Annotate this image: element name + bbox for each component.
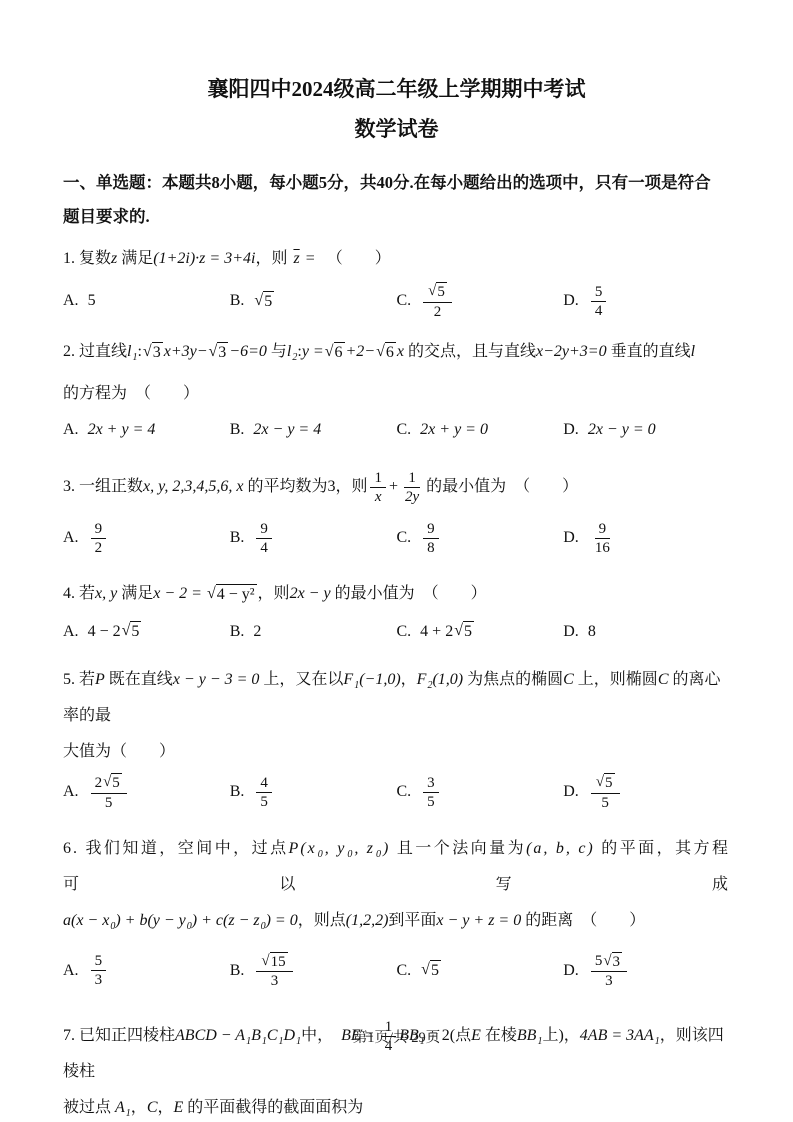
text-run: 的距离 （ ） xyxy=(521,912,645,929)
fraction: 12y xyxy=(401,469,423,506)
sqrt-radical: √5 xyxy=(428,282,447,302)
option-value: 2x + y = 0 xyxy=(420,421,488,439)
math-run: x xyxy=(397,343,404,360)
question-2-stem: 2. 过直线l1:√3x+3y−√3−6=0 与l2:y =√6+2−√6x 的… xyxy=(63,337,730,373)
text-run: 的最小值为 （ ） xyxy=(331,585,487,602)
option-label: D. xyxy=(563,421,579,439)
text-run: 满足 xyxy=(117,585,153,602)
math-run: x − 2 = xyxy=(153,585,206,602)
sqrt-radical: √5 xyxy=(254,291,274,312)
radical-sign: √ xyxy=(207,584,216,604)
subscript: 0 xyxy=(317,849,325,860)
math-run: 2y xyxy=(405,488,419,506)
numerator: 5 xyxy=(591,283,607,302)
math-run: 3 xyxy=(427,774,435,792)
question-4-options: A. 4 − 2√5 B. 2 C. 4 + 2√5 D. 8 xyxy=(63,617,730,647)
text-run: 既在直线 xyxy=(105,671,173,688)
denominator: 16 xyxy=(591,539,614,557)
text-run: 的交点，且与直线 xyxy=(404,343,536,360)
denominator: 4 xyxy=(256,539,272,557)
math-run: 3 xyxy=(271,972,279,990)
math-run: 2x + y = 0 xyxy=(420,421,488,439)
option-label: B. xyxy=(230,292,245,310)
question-6-options: A. 53 B. √153 C. √5 D. 5√33 xyxy=(63,952,730,991)
radical-sign: √ xyxy=(209,342,218,362)
option-label: B. xyxy=(230,529,245,547)
option-value: 4 + 2√5 xyxy=(420,621,475,642)
radical-sign: √ xyxy=(103,773,111,792)
fraction: 45 xyxy=(256,774,272,811)
sqrt-radical: √4 − y² xyxy=(207,584,257,605)
question-4-stem: 4. 若x, y 满足x − 2 = √4 − y²，则2x − y 的最小值为… xyxy=(63,579,730,609)
math-run: 9 xyxy=(599,520,607,538)
math-run: P xyxy=(95,671,105,688)
math-run: x − y − 3 = 0 xyxy=(173,671,260,688)
math-run: 2x − y = 0 xyxy=(588,421,656,439)
math-run: 4 + 2 xyxy=(420,623,453,641)
question-3-stem: 3. 一组正数x, y, 2,3,4,5,6, x 的平均数为3，则1x+12y… xyxy=(63,469,730,506)
denominator: 5 xyxy=(423,793,439,811)
text-run: ， xyxy=(131,1099,147,1116)
math-run: −6=0 xyxy=(229,343,267,360)
denominator: 4 xyxy=(591,302,607,320)
option-label: B. xyxy=(230,623,245,641)
text-run: 的平面截得的截面面积为 xyxy=(183,1099,363,1116)
option-value: √52 xyxy=(420,282,455,321)
option-b: B. 2x − y = 4 xyxy=(230,415,397,445)
option-value: 98 xyxy=(420,520,442,557)
math-run: A xyxy=(115,1099,125,1116)
math-run: (a, b, c) xyxy=(526,840,595,857)
math-run: 1 xyxy=(408,469,416,487)
fraction: 94 xyxy=(256,520,272,557)
option-label: A. xyxy=(63,421,79,439)
fraction: √52 xyxy=(423,282,452,321)
page-title: 襄阳四中2024级高二年级上学期期中考试 xyxy=(63,76,730,102)
math-run: ) + b(y − y xyxy=(115,912,185,929)
radical-sign: √ xyxy=(325,342,334,362)
numerator: 9 xyxy=(256,520,272,539)
option-d: D. 2x − y = 0 xyxy=(563,415,730,445)
denominator: 3 xyxy=(91,971,107,989)
radicand: 4 − y² xyxy=(216,584,257,605)
numerator: 9 xyxy=(91,520,107,539)
radicand: 6 xyxy=(334,342,345,363)
option-value: 8 xyxy=(588,623,596,641)
option-label: C. xyxy=(397,529,412,547)
math-run: 5 xyxy=(105,794,113,812)
option-value: √5 xyxy=(420,960,442,981)
denominator: 2y xyxy=(401,488,423,506)
option-label: A. xyxy=(63,529,79,547)
option-label: C. xyxy=(397,962,412,980)
text-run: 的平均数为3，则 xyxy=(243,478,367,495)
option-label: A. xyxy=(63,962,79,980)
math-run: 2 xyxy=(253,623,261,641)
math-run: + xyxy=(389,478,398,495)
question-1-options: A. 5 B. √5 C. √52 D. 54 xyxy=(63,282,730,321)
math-run: 5 xyxy=(95,952,103,970)
option-label: C. xyxy=(397,623,412,641)
option-value: 92 xyxy=(88,520,110,557)
exam-page: 襄阳四中2024级高二年级上学期期中考试 数学试卷 一、单选题：本题共8小题，每… xyxy=(0,0,793,1122)
question-5: 5. 若P 既在直线x − y − 3 = 0 上，又在以F1(−1,0)，F2… xyxy=(63,665,730,812)
numerator: √5 xyxy=(591,773,620,794)
denominator: x xyxy=(371,488,386,506)
option-b: B. 2 xyxy=(230,617,397,647)
fraction: 916 xyxy=(591,520,614,557)
fraction: 2√55 xyxy=(91,773,127,812)
text-run: ， xyxy=(157,1099,173,1116)
sqrt-radical: √5 xyxy=(122,621,142,642)
math-run: 5 xyxy=(88,292,96,310)
question-5-options: A. 2√55 B. 45 C. 35 D. √55 xyxy=(63,773,730,812)
sqrt-radical: √3 xyxy=(209,342,229,363)
question-6-stem: 6. 我们知道，空间中，过点P(x0, y0, z0) 且一个法向量为(a, b… xyxy=(63,834,730,900)
math-run: x, y, 2,3,4,5,6, x xyxy=(143,478,243,495)
text-run: 垂直的直线 xyxy=(607,343,691,360)
radical-sign: √ xyxy=(428,282,436,301)
radical-sign: √ xyxy=(261,952,269,971)
option-c: C. √52 xyxy=(397,282,564,321)
math-run: x−2y+3=0 xyxy=(536,343,607,360)
math-run: , y xyxy=(325,840,347,857)
fraction: √55 xyxy=(591,773,620,812)
sqrt-radical: √5 xyxy=(454,621,474,642)
math-run: +3y− xyxy=(171,343,208,360)
math-run: = xyxy=(302,250,319,267)
math-run: 8 xyxy=(427,539,435,557)
math-run: ) + c(z − z xyxy=(192,912,260,929)
radical-sign: √ xyxy=(454,621,463,641)
math-run: P xyxy=(289,840,301,857)
numerator: √5 xyxy=(423,282,452,303)
question-2: 2. 过直线l1:√3x+3y−√3−6=0 与l2:y =√6+2−√6x 的… xyxy=(63,337,730,445)
numerator: 1 xyxy=(370,469,386,488)
math-run: 2 xyxy=(95,539,103,557)
fraction: 54 xyxy=(591,283,607,320)
math-run: (1,0) xyxy=(432,671,463,688)
option-label: D. xyxy=(563,529,579,547)
option-c: C. 35 xyxy=(397,774,564,811)
section-header: 一、单选题：本题共8小题，每小题5分，共40分.在每小题给出的选项中，只有一项是… xyxy=(63,166,730,234)
numerator: 5√3 xyxy=(591,952,627,973)
math-run: x − y + z = 0 xyxy=(436,912,521,929)
math-run: F xyxy=(417,671,427,688)
math-run: l xyxy=(691,343,695,360)
denominator: 5 xyxy=(256,793,272,811)
sqrt-radical: √6 xyxy=(376,342,396,363)
numerator: 4 xyxy=(256,774,272,793)
math-run: 5 xyxy=(595,952,603,970)
option-label: D. xyxy=(563,783,579,801)
option-label: D. xyxy=(563,623,579,641)
math-run: 8 xyxy=(588,623,596,641)
option-label: A. xyxy=(63,292,79,310)
math-run: C xyxy=(563,671,574,688)
radical-sign: √ xyxy=(376,342,385,362)
denominator: 2 xyxy=(91,539,107,557)
denominator: 3 xyxy=(267,972,283,990)
option-label: B. xyxy=(230,783,245,801)
radical-sign: √ xyxy=(421,960,430,980)
numerator: 9 xyxy=(595,520,611,539)
radicand: 5 xyxy=(130,621,141,642)
option-label: C. xyxy=(397,783,412,801)
denominator: 2 xyxy=(430,303,446,321)
option-b: B. 94 xyxy=(230,520,397,557)
math-run: 5 xyxy=(260,793,268,811)
question-1-stem: 1. 复数z 满足(1+2i)·z = 3+4i，则 z = （ ） xyxy=(63,244,730,274)
math-run: (1,2,2) xyxy=(346,912,389,929)
math-run: 4 xyxy=(260,539,268,557)
math-run: : xyxy=(137,343,141,360)
option-c: C. 2x + y = 0 xyxy=(397,415,564,445)
option-value: 2x − y = 0 xyxy=(588,421,656,439)
math-run: 4 xyxy=(595,302,603,320)
numerator: 5 xyxy=(91,952,107,971)
math-run: 3 xyxy=(95,971,103,989)
option-d: D. 54 xyxy=(563,283,730,320)
sqrt-radical: √5 xyxy=(421,960,441,981)
math-run: (1+2i)·z = 3+4i xyxy=(153,250,255,267)
option-c: C. 98 xyxy=(397,520,564,557)
math-run: 9 xyxy=(427,520,435,538)
option-value: √153 xyxy=(253,952,295,991)
option-a: A. 2x + y = 4 xyxy=(63,415,230,445)
option-a: A. 92 xyxy=(63,520,230,557)
text-run: ，则点 xyxy=(298,912,346,929)
math-run: 1 xyxy=(374,469,382,487)
text-run: 大值为（ ） xyxy=(63,743,175,760)
sqrt-radical: √6 xyxy=(325,342,345,363)
option-d: D. 916 xyxy=(563,520,730,557)
math-run: a(x − x xyxy=(63,912,109,929)
sqrt-radical: √5 xyxy=(103,773,122,793)
radicand: 3 xyxy=(217,342,228,363)
overline-var: z xyxy=(291,250,301,267)
math-run: y = xyxy=(302,343,324,360)
radical-sign: √ xyxy=(254,291,263,311)
text-run: 被过点 xyxy=(63,1099,115,1116)
option-a: A. 2√55 xyxy=(63,773,230,812)
math-run: 2 xyxy=(434,303,442,321)
numerator: 3 xyxy=(423,774,439,793)
numerator: √15 xyxy=(256,952,292,973)
math-run: 4 − 2 xyxy=(88,623,121,641)
option-label: D. xyxy=(563,962,579,980)
option-b: B. 45 xyxy=(230,774,397,811)
denominator: 5 xyxy=(101,794,117,812)
math-run: x, y xyxy=(95,585,117,602)
text-run: 5. 若 xyxy=(63,671,95,688)
option-value: 94 xyxy=(253,520,275,557)
option-label: C. xyxy=(397,292,412,310)
math-run: 3 xyxy=(605,972,613,990)
option-c: C. 4 + 2√5 xyxy=(397,617,564,647)
text-run: 4. 若 xyxy=(63,585,95,602)
radical-sign: √ xyxy=(143,342,152,362)
question-5-stem: 5. 若P 既在直线x − y − 3 = 0 上，又在以F1(−1,0)，F2… xyxy=(63,665,730,731)
option-d: D. 8 xyxy=(563,617,730,647)
fraction: 35 xyxy=(423,774,439,811)
radicand: 5 xyxy=(463,621,474,642)
text-run: ， xyxy=(401,671,417,688)
option-value: 35 xyxy=(420,774,442,811)
math-run: 2x − y xyxy=(290,585,331,602)
question-5-stem-line-2: 大值为（ ） xyxy=(63,739,730,765)
option-d: D. 5√33 xyxy=(563,952,730,991)
option-a: A. 5 xyxy=(63,286,230,316)
option-value: 2x − y = 4 xyxy=(253,421,321,439)
radicand: 6 xyxy=(385,342,396,363)
math-run: 5 xyxy=(427,793,435,811)
denominator: 5 xyxy=(597,794,613,812)
question-7-stem-line-2: 被过点 A1，C，E 的平面截得的截面面积为 xyxy=(63,1095,730,1122)
question-1: 1. 复数z 满足(1+2i)·z = 3+4i，则 z = （ ） A. 5 … xyxy=(63,244,730,321)
question-3: 3. 一组正数x, y, 2,3,4,5,6, x 的平均数为3，则1x+12y… xyxy=(63,469,730,557)
sqrt-radical: √3 xyxy=(603,952,622,972)
text-run: 1. 复数 xyxy=(63,250,111,267)
radicand: 5 xyxy=(436,282,447,302)
option-label: A. xyxy=(63,783,79,801)
section-line-2: 题目要求的. xyxy=(63,200,730,234)
page-number: 第1页/共 29页 xyxy=(0,1026,793,1047)
math-run: 16 xyxy=(595,539,610,557)
text-run: 满足 xyxy=(117,250,153,267)
denominator: 8 xyxy=(423,539,439,557)
sqrt-radical: √5 xyxy=(596,773,615,793)
math-run: 2x + y = 4 xyxy=(88,421,156,439)
text-run: 的方程为 （ ） xyxy=(63,385,199,402)
math-run: C xyxy=(658,671,669,688)
text-run: 且一个法向量为 xyxy=(390,840,526,857)
option-value: 53 xyxy=(88,952,110,989)
radicand: 5 xyxy=(111,773,122,793)
radicand: 5 xyxy=(430,960,441,981)
option-label: C. xyxy=(397,421,412,439)
option-value: 4 − 2√5 xyxy=(88,621,143,642)
math-run: , z xyxy=(354,840,375,857)
fraction: 53 xyxy=(91,952,107,989)
fraction: 1x xyxy=(370,469,386,506)
option-value: 2 xyxy=(253,623,261,641)
radicand: 5 xyxy=(604,773,615,793)
subscript: 0 xyxy=(375,849,383,860)
question-4: 4. 若x, y 满足x − 2 = √4 − y²，则2x − y 的最小值为… xyxy=(63,579,730,647)
radical-sign: √ xyxy=(603,952,611,971)
text-run: 上，又在以 xyxy=(259,671,343,688)
question-6: 6. 我们知道，空间中，过点P(x0, y0, z0) 且一个法向量为(a, b… xyxy=(63,834,730,991)
text-run: （ ） xyxy=(319,250,391,267)
math-run: 9 xyxy=(260,520,268,538)
option-value: 5√33 xyxy=(588,952,630,991)
option-c: C. √5 xyxy=(397,956,564,986)
option-value: 2√55 xyxy=(88,773,130,812)
math-run: (x xyxy=(300,840,316,857)
fraction: 98 xyxy=(423,520,439,557)
text-run: 与 xyxy=(267,343,287,360)
option-a: A. 53 xyxy=(63,952,230,989)
option-label: D. xyxy=(563,292,579,310)
question-3-options: A. 92 B. 94 C. 98 D. 916 xyxy=(63,520,730,557)
math-run: F xyxy=(343,671,353,688)
radicand: 3 xyxy=(152,342,163,363)
radical-sign: √ xyxy=(596,773,604,792)
numerator: 2√5 xyxy=(91,773,127,794)
option-a: A. 4 − 2√5 xyxy=(63,617,230,647)
text-run: 3. 一组正数 xyxy=(63,478,143,495)
numerator: 1 xyxy=(404,469,420,488)
option-value: √5 xyxy=(253,291,275,312)
option-value: 916 xyxy=(588,520,617,557)
option-value: 5 xyxy=(88,292,96,310)
option-label: B. xyxy=(230,962,245,980)
radicand: 5 xyxy=(263,291,274,312)
text-run: 的最小值为 （ ） xyxy=(426,478,578,495)
option-label: A. xyxy=(63,623,79,641)
option-value: √55 xyxy=(588,773,623,812)
radical-sign: √ xyxy=(122,621,131,641)
fraction: 92 xyxy=(91,520,107,557)
question-2-options: A. 2x + y = 4 B. 2x − y = 4 C. 2x + y = … xyxy=(63,415,730,445)
math-run: (−1,0) xyxy=(359,671,400,688)
text-run: 上，则椭圆 xyxy=(574,671,658,688)
text-run: 到平面 xyxy=(388,912,436,929)
radicand: 3 xyxy=(612,952,623,972)
math-run: x xyxy=(164,343,171,360)
math-run: 5 xyxy=(601,794,609,812)
math-run: 5 xyxy=(595,283,603,301)
text-run: ，则 xyxy=(258,585,290,602)
math-run: E xyxy=(174,1099,184,1116)
option-value: 54 xyxy=(588,283,610,320)
math-run: x xyxy=(375,488,382,506)
math-run: 4 xyxy=(260,774,268,792)
fraction: √153 xyxy=(256,952,292,991)
math-run: 9 xyxy=(95,520,103,538)
math-run: ) = 0 xyxy=(266,912,298,929)
math-run: 2x − y = 4 xyxy=(253,421,321,439)
option-b: B. √153 xyxy=(230,952,397,991)
math-run: +2− xyxy=(346,343,376,360)
option-label: B. xyxy=(230,421,245,439)
option-value: 2x + y = 4 xyxy=(88,421,156,439)
text-run: 为焦点的椭圆 xyxy=(463,671,563,688)
question-2-stem-line-2: 的方程为 （ ） xyxy=(63,381,730,407)
text-run: ，则 xyxy=(255,250,291,267)
fraction: 5√33 xyxy=(591,952,627,991)
math-run: 2 xyxy=(95,774,103,792)
option-value: 45 xyxy=(253,774,275,811)
page-subtitle: 数学试卷 xyxy=(63,116,730,142)
denominator: 3 xyxy=(601,972,617,990)
option-b: B. √5 xyxy=(230,286,397,316)
text-run: 2. 过直线 xyxy=(63,343,127,360)
sqrt-radical: √3 xyxy=(143,342,163,363)
option-d: D. √55 xyxy=(563,773,730,812)
text-run: 6. 我们知道，空间中，过点 xyxy=(63,840,289,857)
sqrt-radical: √15 xyxy=(261,952,287,972)
question-6-stem-line-2: a(x − x0) + b(y − y0) + c(z − z0) = 0，则点… xyxy=(63,908,730,940)
math-run: C xyxy=(147,1099,158,1116)
radicand: 15 xyxy=(270,952,288,972)
section-line-1: 一、单选题：本题共8小题，每小题5分，共40分.在每小题给出的选项中，只有一项是… xyxy=(63,166,730,200)
numerator: 9 xyxy=(423,520,439,539)
